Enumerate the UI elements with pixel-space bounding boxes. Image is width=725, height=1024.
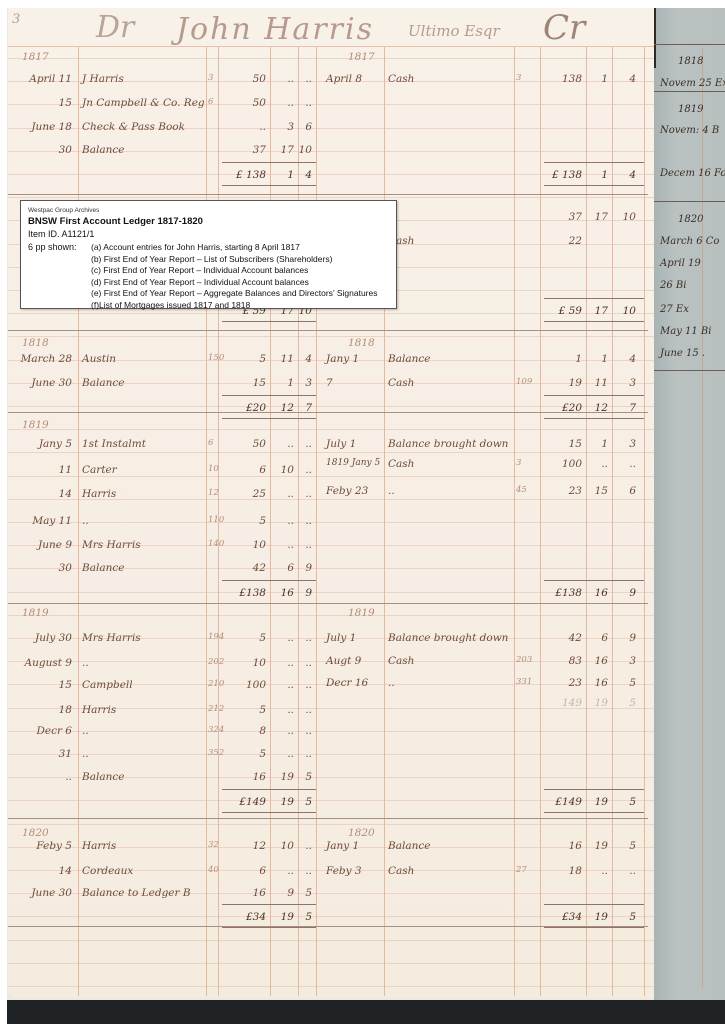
credit-entry-pence: 9 — [629, 633, 636, 644]
debit-entry-folio: 40 — [208, 866, 219, 875]
credit-entry-shillings: 17 — [595, 212, 608, 223]
debit-year: 1817 — [22, 52, 49, 63]
debit-entry-shillings: .. — [287, 439, 294, 450]
pages-shown-label: 6 pp shown: — [28, 242, 77, 252]
debit-total-box — [222, 789, 316, 813]
debit-entry-pence: .. — [305, 726, 312, 737]
credit-entry-pence: 3 — [629, 656, 636, 667]
debit-entry-particulars: .. — [82, 726, 89, 737]
adjacent-page-entry: 27 Ex — [660, 304, 689, 315]
debit-entry-shillings: .. — [287, 489, 294, 500]
credit-entry-shillings: 1 — [601, 354, 608, 365]
credit-total-shillings: 16 — [595, 588, 608, 599]
debit-total-pence: 5 — [305, 912, 312, 923]
debit-entry-shillings: 1 — [287, 378, 294, 389]
credit-entry-pounds: 22 — [569, 236, 582, 247]
debit-entry-shillings: 19 — [281, 772, 294, 783]
page-list-item: (c) First End of Year Report – Individua… — [91, 265, 377, 277]
credit-entry-particulars: Cash — [388, 459, 414, 470]
debit-entry-pounds: 15 — [253, 378, 266, 389]
debit-total-shillings: 16 — [281, 588, 294, 599]
credit-entry-date: Feby 23 — [326, 486, 368, 497]
debit-entry-shillings: .. — [287, 98, 294, 109]
debit-entry-folio: 12 — [208, 489, 219, 498]
book-binding-edge — [7, 1000, 725, 1024]
debit-entry-pence: .. — [305, 680, 312, 691]
debit-entry-date: 14 — [59, 489, 72, 500]
debit-entry-date: 18 — [59, 705, 72, 716]
pounds-column-rule — [270, 46, 271, 996]
ledger-page: 3 Dr John Harris Ultimo Esqr Cr 1817Apri… — [8, 8, 654, 998]
credit-total-pounds: £34 — [562, 912, 582, 923]
debit-entry-folio: 324 — [208, 726, 224, 735]
debit-total-pounds: £138 — [239, 588, 266, 599]
credit-total-shillings: 1 — [601, 170, 608, 181]
debit-total-shillings: 19 — [281, 912, 294, 923]
debit-entry-pounds: 6 — [259, 866, 266, 877]
credit-folio-rule — [514, 46, 515, 996]
debit-entry-date: Decr 6 — [36, 726, 72, 737]
debit-entry-folio: 194 — [208, 633, 224, 642]
debit-entry-particulars: Campbell — [82, 680, 133, 691]
debit-entry-pence: 10 — [299, 145, 312, 156]
debit-entry-pounds: 50 — [253, 74, 266, 85]
debit-total-pence: 4 — [305, 170, 312, 181]
debit-entry-particulars: Carter — [82, 465, 117, 476]
debit-entry-particulars: Cordeaux — [82, 866, 133, 877]
debit-entry-particulars: 1st Instalmt — [82, 439, 146, 450]
credit-total-pence: 9 — [629, 588, 636, 599]
debit-entry-shillings: 11 — [281, 354, 294, 365]
credit-entry-folio: 203 — [516, 656, 532, 665]
credit-year: 1819 — [348, 608, 375, 619]
credit-entry-pence: 10 — [623, 212, 636, 223]
credit-entry-particulars: Cash — [388, 866, 414, 877]
credit-entry-pence: 4 — [629, 354, 636, 365]
debit-entry-pounds: 37 — [253, 145, 266, 156]
debit-entry-date: 15 — [59, 680, 72, 691]
item-id: Item ID. A1121/1 — [28, 229, 94, 239]
debit-entry-folio: 32 — [208, 841, 219, 850]
debit-entry-shillings: .. — [287, 726, 294, 737]
debit-entry-particulars: Balance — [82, 772, 124, 783]
section-divider — [8, 330, 648, 331]
debit-entry-shillings: .. — [287, 633, 294, 644]
debit-entry-shillings: .. — [287, 658, 294, 669]
ruled-line — [8, 986, 654, 987]
debit-entry-folio: 10 — [208, 465, 219, 474]
credit-entry-pounds: 100 — [562, 459, 582, 470]
credit-entry-date: April 8 — [326, 74, 362, 85]
debit-entry-shillings: .. — [287, 866, 294, 877]
credit-entry-folio: 3 — [516, 74, 521, 83]
ruled-line — [8, 731, 654, 732]
account-name: John Harris — [176, 12, 374, 47]
page-number: 3 — [12, 12, 20, 27]
debit-entry-pence: .. — [305, 98, 312, 109]
credit-total-pounds: £ 59 — [559, 306, 582, 317]
archive-organization: Westpac Group Archives — [28, 207, 99, 214]
debit-entry-particulars: .. — [82, 658, 89, 669]
debit-entry-particulars: .. — [82, 516, 89, 527]
page-list-item: (d) First End of Year Report – Individua… — [91, 277, 377, 289]
debit-entry-pence: .. — [305, 439, 312, 450]
debit-entry-pounds: 5 — [259, 633, 266, 644]
debit-entry-particulars: Harris — [82, 489, 116, 500]
header-rule — [8, 46, 654, 47]
credit-entry-date: July 1 — [326, 633, 356, 644]
credit-entry-particulars: Balance brought down — [388, 633, 508, 644]
credit-shillings-rule — [586, 46, 587, 996]
debit-entry-shillings: .. — [287, 516, 294, 527]
debit-entry-particulars: Balance to Ledger B — [82, 888, 191, 899]
adjacent-page-entry: 26 Bi — [660, 280, 686, 291]
debit-entry-particulars: Mrs Harris — [82, 633, 141, 644]
credit-entry-particulars: Balance — [388, 354, 430, 365]
debit-entry-particulars: Balance — [82, 145, 124, 156]
debit-entry-pounds: 10 — [253, 540, 266, 551]
debit-entry-shillings: 3 — [287, 122, 294, 133]
ruled-line — [8, 429, 654, 430]
debit-entry-particulars: Harris — [82, 705, 116, 716]
credit-entry-pence: 4 — [629, 74, 636, 85]
credit-end-rule — [644, 46, 645, 996]
debit-entry-shillings: 9 — [287, 888, 294, 899]
debit-entry-pence: .. — [305, 633, 312, 644]
debit-entry-pence: 6 — [305, 122, 312, 133]
debit-entry-shillings: .. — [287, 705, 294, 716]
debit-entry-particulars: Check & Pass Book — [82, 122, 185, 133]
credit-entry-shillings: 1 — [601, 74, 608, 85]
credit-header: Cr — [543, 8, 585, 48]
credit-entry-pounds: 138 — [562, 74, 582, 85]
ruled-line — [8, 940, 654, 941]
debit-entry-date: 31 — [59, 749, 72, 760]
debit-total-pounds: £34 — [246, 912, 266, 923]
ruled-line — [8, 58, 654, 59]
credit-total-pence: 4 — [629, 170, 636, 181]
debit-entry-date: July 30 — [35, 633, 72, 644]
page-list-item: (f)List of Mortgages issued 1817 and 181… — [91, 300, 377, 312]
debit-entry-shillings: .. — [287, 680, 294, 691]
page-spine — [654, 8, 656, 68]
debit-entry-date: 30 — [59, 563, 72, 574]
debit-header: Dr — [96, 10, 134, 45]
debit-entry-date: .. — [65, 772, 72, 783]
credit-entry-pounds: 37 — [569, 212, 582, 223]
debit-entry-shillings: 6 — [287, 563, 294, 574]
debit-entry-pence: .. — [305, 705, 312, 716]
credit-total-pounds: £149 — [555, 797, 582, 808]
credit-total-pence: 10 — [623, 306, 636, 317]
credit-total-shillings: 19 — [595, 797, 608, 808]
debit-entry-pence: .. — [305, 841, 312, 852]
credit-entry-date: 1819 Jany 5 — [326, 459, 380, 468]
credit-entry-shillings: 6 — [601, 633, 608, 644]
credit-entry-pounds: 18 — [569, 866, 582, 877]
credit-entry-pence: 3 — [629, 439, 636, 450]
credit-entry-pounds: 23 — [569, 486, 582, 497]
debit-entry-pence: 4 — [305, 354, 312, 365]
debit-entry-folio: 352 — [208, 749, 224, 758]
page-list-item: (b) First End of Year Report – List of S… — [91, 254, 377, 266]
credit-entry-shillings: 15 — [595, 486, 608, 497]
debit-total-box — [222, 580, 316, 604]
debit-entry-pounds: 5 — [259, 749, 266, 760]
debit-entry-pounds: 12 — [253, 841, 266, 852]
archive-label-card: Westpac Group Archives BNSW First Accoun… — [20, 200, 397, 309]
credit-year: 1818 — [348, 338, 375, 349]
date-column-rule — [78, 46, 79, 996]
credit-entry-pounds: 16 — [569, 841, 582, 852]
credit-year: 1820 — [348, 828, 375, 839]
debit-year: 1820 — [22, 828, 49, 839]
ruled-line — [8, 452, 654, 453]
debit-entry-particulars: Mrs Harris — [82, 540, 141, 551]
debit-entry-pounds: 50 — [253, 98, 266, 109]
debit-entry-pence: .. — [305, 465, 312, 476]
debit-entry-pence: .. — [305, 749, 312, 760]
credit-entry-date: 7 — [326, 378, 333, 389]
credit-total-pounds: £ 138 — [552, 170, 582, 181]
credit-entry-date: Augt 9 — [326, 656, 361, 667]
debit-entry-pence: .. — [305, 516, 312, 527]
debit-entry-pence: .. — [305, 489, 312, 500]
credit-entry-particulars: .. — [388, 486, 395, 497]
debit-entry-shillings: 10 — [281, 841, 294, 852]
credit-entry-folio: 27 — [516, 866, 527, 875]
debit-entry-date: June 18 — [31, 122, 72, 133]
debit-entry-particulars: Austin — [82, 354, 116, 365]
adjacent-page-entry: April 19 — [660, 258, 701, 269]
pencil-note-pounds: 149 — [562, 698, 582, 709]
debit-entry-folio: 212 — [208, 705, 224, 714]
page-list-item: (a) Account entries for John Harris, sta… — [91, 242, 377, 254]
credit-entry-particulars: Balance brought down — [388, 439, 508, 450]
debit-entry-pounds: 5 — [259, 516, 266, 527]
debit-total-box — [222, 904, 316, 928]
debit-entry-folio: 150 — [208, 354, 224, 363]
debit-total-box — [222, 395, 316, 419]
credit-entry-pence: .. — [629, 866, 636, 877]
debit-entry-date: April 11 — [29, 74, 72, 85]
credit-total-pounds: £138 — [555, 588, 582, 599]
pencil-note-pence: 5 — [629, 698, 636, 709]
debit-year: 1818 — [22, 338, 49, 349]
credit-date-column-rule — [384, 46, 385, 996]
ruled-line — [8, 963, 654, 964]
credit-entry-date: Feby 3 — [326, 866, 362, 877]
ruled-line — [8, 754, 654, 755]
credit-year: 1817 — [348, 52, 375, 63]
debit-entry-pounds: 50 — [253, 439, 266, 450]
adjacent-page-year: 1819 — [678, 104, 703, 115]
credit-total-shillings: 17 — [595, 306, 608, 317]
adjacent-page-entry: June 15 . — [660, 348, 705, 359]
debit-entry-date: Feby 5 — [36, 841, 72, 852]
debit-entry-pounds: 5 — [259, 705, 266, 716]
adjacent-page-entry: Novem 25 Exg — [660, 78, 725, 89]
debit-entry-pence: .. — [305, 74, 312, 85]
debit-entry-date: 30 — [59, 145, 72, 156]
credit-entry-shillings: .. — [601, 459, 608, 470]
adjacent-page-year: 1820 — [678, 214, 703, 225]
section-divider — [8, 412, 648, 413]
debit-entry-folio: 140 — [208, 540, 224, 549]
credit-entry-shillings: 1 — [601, 439, 608, 450]
debit-credit-divider — [316, 46, 317, 996]
debit-total-pounds: £ 138 — [236, 170, 266, 181]
debit-entry-folio: 3 — [208, 74, 213, 83]
section-divider — [8, 818, 648, 819]
credit-entry-pounds: 19 — [569, 378, 582, 389]
debit-entry-date: June 30 — [31, 888, 72, 899]
credit-entry-folio: 3 — [516, 459, 521, 468]
credit-entry-shillings: 19 — [595, 841, 608, 852]
credit-entry-particulars: .. — [388, 678, 395, 689]
debit-entry-folio: 202 — [208, 658, 224, 667]
debit-entry-pounds: 42 — [253, 563, 266, 574]
debit-entry-date: Jany 5 — [39, 439, 72, 450]
credit-total-pence: 5 — [629, 797, 636, 808]
debit-entry-pence: 5 — [305, 772, 312, 783]
account-subtitle: Ultimo Esqr — [408, 22, 500, 40]
debit-entry-shillings: .. — [287, 74, 294, 85]
debit-entry-pounds: 6 — [259, 465, 266, 476]
credit-entry-pence: 6 — [629, 486, 636, 497]
debit-year: 1819 — [22, 608, 49, 619]
credit-entry-date: July 1 — [326, 439, 356, 450]
credit-entry-shillings: 16 — [595, 656, 608, 667]
credit-entry-particulars: Cash — [388, 74, 414, 85]
debit-total-pence: 9 — [305, 588, 312, 599]
debit-entry-folio: 110 — [208, 516, 224, 525]
adjacent-page-entry: Novem: 4 B — [660, 125, 719, 136]
credit-entry-particulars: Cash — [388, 656, 414, 667]
debit-entry-date: August 9 — [25, 658, 72, 669]
credit-entry-pence: .. — [629, 459, 636, 470]
credit-entry-date: Jany 1 — [326, 841, 359, 852]
ledger-title: BNSW First Account Ledger 1817-1820 — [28, 216, 203, 227]
debit-entry-particulars: Balance — [82, 563, 124, 574]
debit-entry-date: June 30 — [31, 378, 72, 389]
debit-entry-pounds: 25 — [253, 489, 266, 500]
credit-entry-date: Jany 1 — [326, 354, 359, 365]
debit-entry-pounds: 8 — [259, 726, 266, 737]
ruled-line — [8, 824, 654, 825]
page-list-item: (e) First End of Year Report – Aggregate… — [91, 288, 377, 300]
credit-entry-shillings: .. — [601, 866, 608, 877]
section-divider — [8, 926, 648, 927]
credit-entry-shillings: 16 — [595, 678, 608, 689]
adjacent-page: 1818Novem 25 Exg1819Novem: 4 BDecem 16 F… — [654, 8, 725, 1000]
debit-entry-pence: 9 — [305, 563, 312, 574]
adjacent-page-year: 1818 — [678, 56, 703, 67]
ruled-line — [8, 522, 654, 523]
credit-entry-pence: 3 — [629, 378, 636, 389]
pages-list: (a) Account entries for John Harris, sta… — [91, 242, 377, 312]
section-divider — [8, 603, 648, 604]
adjacent-page-entry: May 11 Bi — [660, 326, 711, 337]
section-divider — [8, 194, 648, 195]
credit-entry-pounds: 42 — [569, 633, 582, 644]
credit-entry-pounds: 23 — [569, 678, 582, 689]
pencil-note-shillings: 19 — [595, 698, 608, 709]
adjacent-page-entry: Decem 16 Fo — [660, 168, 725, 179]
credit-entry-pence: 5 — [629, 678, 636, 689]
debit-entry-date: March 28 — [21, 354, 72, 365]
adjacent-page-entry: March 6 Co — [660, 236, 719, 247]
debit-entry-pence: .. — [305, 540, 312, 551]
debit-entry-folio: 210 — [208, 680, 224, 689]
shillings-column-rule — [298, 46, 299, 996]
debit-entry-pence: 5 — [305, 888, 312, 899]
credit-entry-pence: 5 — [629, 841, 636, 852]
debit-entry-pence: .. — [305, 658, 312, 669]
debit-entry-pounds: 100 — [246, 680, 266, 691]
credit-entry-particulars: Cash — [388, 378, 414, 389]
debit-entry-shillings: .. — [287, 749, 294, 760]
debit-entry-pence: 3 — [305, 378, 312, 389]
credit-entry-particulars: Balance — [388, 841, 430, 852]
debit-total-shillings: 19 — [281, 797, 294, 808]
adjacent-page-section-rule — [654, 91, 725, 92]
debit-entry-pounds: 10 — [253, 658, 266, 669]
credit-entry-date: Decr 16 — [326, 678, 368, 689]
debit-total-pence: 5 — [305, 797, 312, 808]
adjacent-page-rule — [702, 48, 703, 988]
debit-entry-date: June 9 — [38, 540, 72, 551]
debit-total-pounds: £149 — [239, 797, 266, 808]
ruled-line — [8, 197, 654, 198]
ruled-line — [8, 615, 654, 616]
debit-entry-folio: 6 — [208, 439, 213, 448]
credit-entry-pounds: 83 — [569, 656, 582, 667]
debit-entry-particulars: J Harris — [82, 74, 124, 85]
ruled-line — [8, 476, 654, 477]
debit-entry-particulars: Harris — [82, 841, 116, 852]
credit-entry-folio: 331 — [516, 678, 532, 687]
folio-column-rule — [206, 46, 207, 996]
credit-entry-folio: 109 — [516, 378, 532, 387]
debit-entry-particulars: Jn Campbell & Co. Reg — [82, 98, 205, 109]
debit-entry-particulars: .. — [82, 749, 89, 760]
adjacent-page-header-rule — [654, 44, 725, 45]
debit-entry-date: 11 — [59, 465, 72, 476]
debit-year: 1819 — [22, 420, 49, 431]
debit-entry-date: May 11 — [32, 516, 72, 527]
adjacent-page-section-rule — [654, 201, 725, 202]
credit-pence-rule — [612, 46, 613, 996]
debit-entry-pounds: 16 — [253, 772, 266, 783]
credit-entry-pounds: 1 — [575, 354, 582, 365]
debit-total-shillings: 1 — [287, 170, 294, 181]
credit-total-pence: 5 — [629, 912, 636, 923]
adjacent-page-section-rule — [654, 370, 725, 371]
debit-entry-pounds: 5 — [259, 354, 266, 365]
debit-entry-pence: .. — [305, 866, 312, 877]
debit-entry-date: 15 — [59, 98, 72, 109]
debit-entry-pounds: .. — [259, 122, 266, 133]
debit-entry-date: 14 — [59, 866, 72, 877]
debit-entry-shillings: 17 — [281, 145, 294, 156]
debit-entry-pounds: 16 — [253, 888, 266, 899]
credit-pounds-rule — [540, 46, 541, 996]
debit-entry-shillings: 10 — [281, 465, 294, 476]
credit-entry-shillings: 11 — [595, 378, 608, 389]
credit-entry-pounds: 15 — [569, 439, 582, 450]
credit-total-shillings: 19 — [595, 912, 608, 923]
